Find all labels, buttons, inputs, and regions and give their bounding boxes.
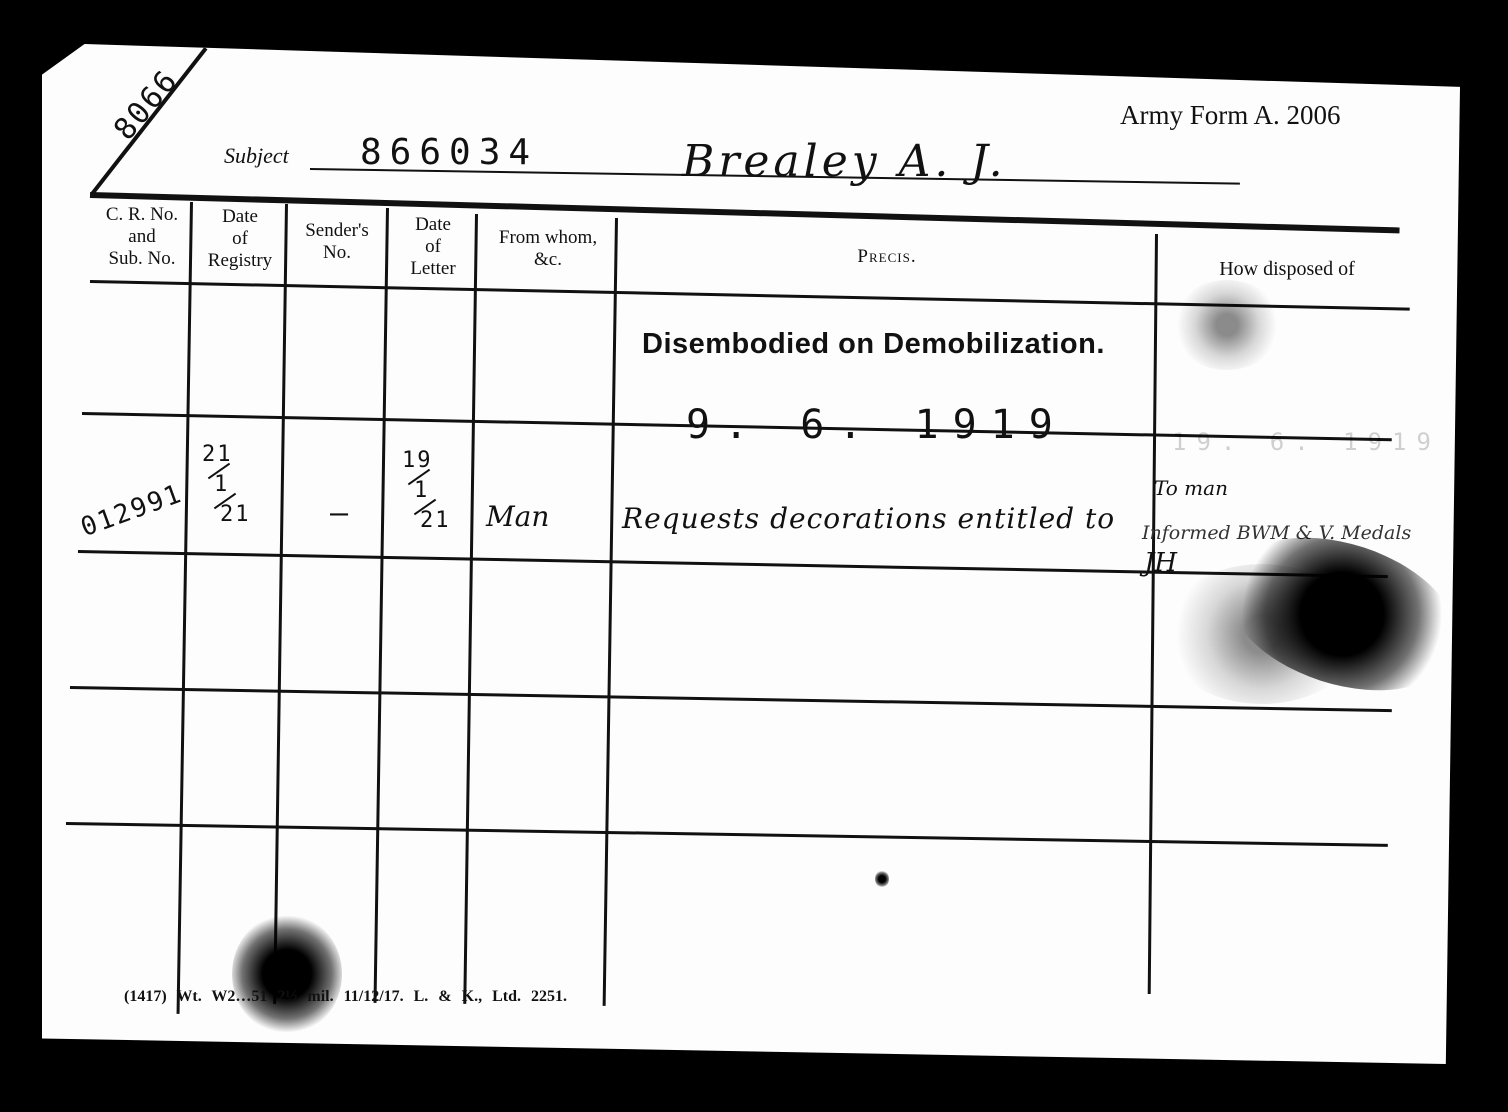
row-1-precis: Requests decorations entitled to — [622, 502, 1115, 535]
column-divider-1 — [177, 202, 193, 1014]
ink-dot — [875, 870, 889, 888]
column-divider-2 — [273, 204, 288, 1004]
column-divider-5 — [603, 218, 618, 1006]
column-header-from-whom: From whom, &c. — [479, 227, 617, 271]
ink-smudge-header — [1172, 280, 1282, 370]
row-1-date-letter: 19 1 21 — [400, 448, 460, 534]
column-header-date-registry: Date of Registry — [194, 206, 286, 272]
row-1-date-registry: 21 1 21 — [200, 442, 260, 528]
faint-date-ghost: 19. 6. 1919 — [1172, 428, 1441, 456]
footer-print-info: (1417) Wt. W2…51 2½ mil. 11/12/17. L. & … — [124, 988, 567, 1006]
precis-stamp-text: Disembodied on Demobilization. — [642, 328, 1105, 361]
column-header-cr-no: C. R. No. and Sub. No. — [92, 204, 192, 270]
column-header-how-disposed: How disposed of — [1192, 258, 1382, 280]
row-rule-3 — [70, 686, 1392, 712]
subject-label: Subject — [224, 143, 289, 169]
column-divider-3 — [374, 208, 389, 1003]
row-1-how-disposed-line-1: To man — [1154, 476, 1228, 500]
row-1-how-disposed-initials: JH — [1144, 548, 1177, 578]
ink-smudge-disposed — [1162, 564, 1362, 704]
ink-blot-footer — [232, 914, 342, 1034]
column-header-senders-no: Sender's No. — [289, 220, 385, 264]
row-rule-2 — [78, 550, 1388, 578]
row-1-cr-no: 012991 — [77, 479, 187, 543]
column-divider-4 — [463, 214, 478, 1004]
corner-number: 8066 — [107, 63, 185, 147]
army-form-card: 8066 Army Form A. 2006 Subject 866034 Br… — [42, 44, 1460, 1064]
column-header-precis: Precis. — [622, 246, 1152, 268]
column-header-date-letter: Date of Letter — [390, 214, 476, 280]
row-1-senders-no: — — [330, 496, 350, 531]
row-1-from-whom: Man — [486, 500, 549, 533]
column-divider-6 — [1148, 234, 1158, 994]
subject-number: 866034 — [360, 132, 538, 173]
subject-name: Brealey A. J. — [682, 136, 1007, 187]
precis-stamp-date: 9. 6. 1919 — [686, 402, 1067, 448]
row-rule-4 — [66, 822, 1388, 847]
form-title: Army Form A. 2006 — [1120, 100, 1341, 131]
